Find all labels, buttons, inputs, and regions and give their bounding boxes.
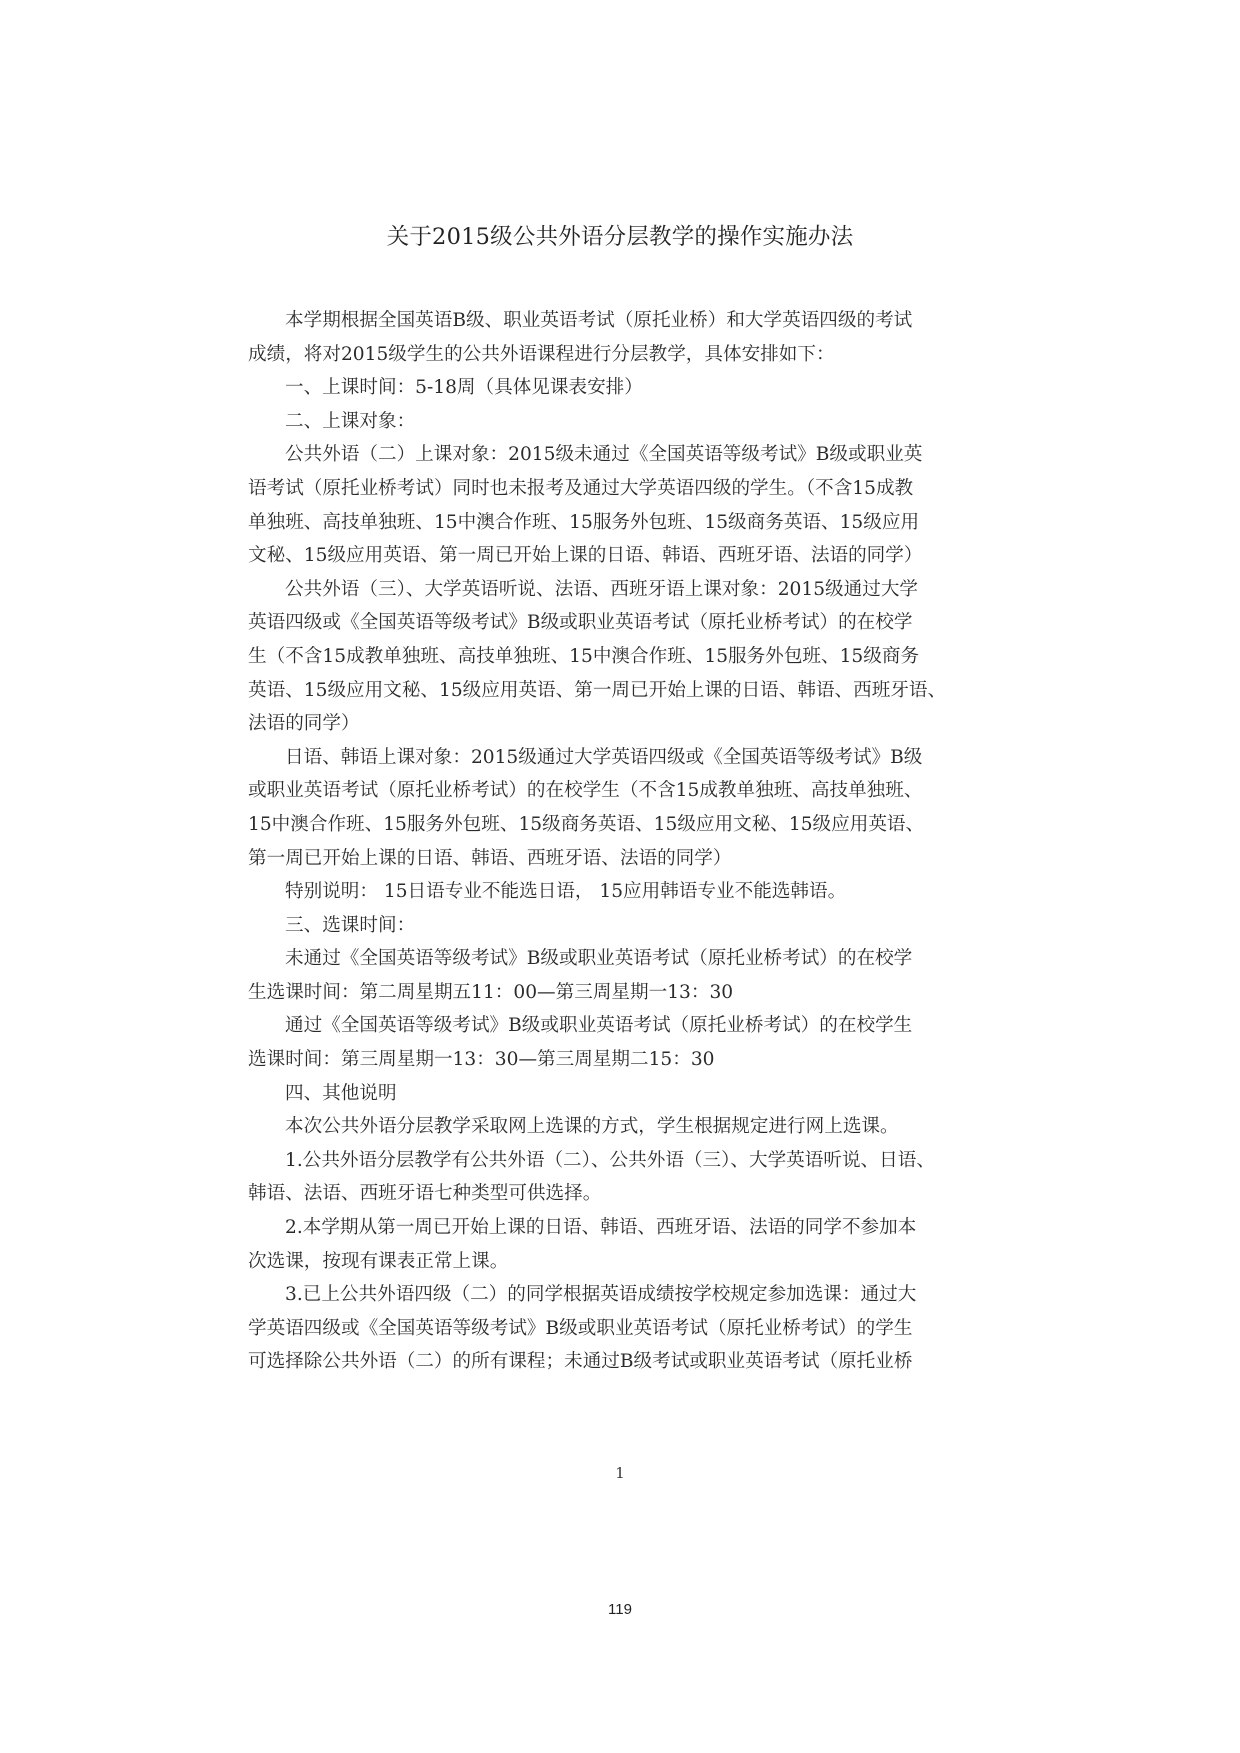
inner-page-number: 1 (0, 1464, 1240, 1482)
text-line: 语考试（原托业桥考试）同时也未报考及通过大学英语四级的学生。（不含15成教 (248, 472, 1014, 506)
text-line: 次选课，按现有课表正常上课。 (248, 1245, 1014, 1279)
text-line: 单独班、高技单独班、15中澳合作班、15服务外包班、15级商务英语、15级应用 (248, 506, 1014, 540)
text-line: 未通过《全国英语等级考试》B级或职业英语考试（原托业桥考试）的在校学 (248, 942, 1014, 976)
outer-page-number: 119 (0, 1601, 1240, 1618)
document-title: 关于2015级公共外语分层教学的操作实施办法 (0, 222, 1240, 252)
text-line: 生选课时间：第二周星期五11：00—第三周星期一13：30 (248, 976, 1014, 1010)
list-item-2: 2.本学期从第一周已开始上课的日语、韩语、西班牙语、法语的同学不参加本 (248, 1211, 1014, 1245)
text-line: 可选择除公共外语（二）的所有课程；未通过B级考试或职业英语考试（原托业桥 (248, 1345, 1014, 1379)
document-body: 本学期根据全国英语B级、职业英语考试（原托业桥）和大学英语四级的考试 成绩，将对… (248, 304, 1014, 1379)
text-line: 日语、韩语上课对象：2015级通过大学英语四级或《全国英语等级考试》B级 (248, 741, 1014, 775)
section-heading-schedule: 一、上课时间：5-18周（具体见课表安排） (248, 371, 1014, 405)
text-line: 韩语、法语、西班牙语七种类型可供选择。 (248, 1177, 1014, 1211)
text-line: 15中澳合作班、15服务外包班、15级商务英语、15级应用文秘、15级应用英语、 (248, 808, 1014, 842)
text-line: 第一周已开始上课的日语、韩语、西班牙语、法语的同学） (248, 842, 1014, 876)
text-line: 公共外语（二）上课对象：2015级未通过《全国英语等级考试》B级或职业英 (248, 438, 1014, 472)
section-heading-selection-time: 三、选课时间： (248, 909, 1014, 943)
text-line: 成绩，将对2015级学生的公共外语课程进行分层教学，具体安排如下： (248, 338, 1014, 372)
section-heading-targets: 二、上课对象： (248, 405, 1014, 439)
list-item-1: 1.公共外语分层教学有公共外语（二）、公共外语（三）、大学英语听说、日语、 (248, 1144, 1014, 1178)
section-heading-other-notes: 四、其他说明 (248, 1077, 1014, 1111)
text-line: 或职业英语考试（原托业桥考试）的在校学生（不含15成教单独班、高技单独班、 (248, 774, 1014, 808)
text-line: 英语四级或《全国英语等级考试》B级或职业英语考试（原托业桥考试）的在校学 (248, 606, 1014, 640)
document-page: 关于2015级公共外语分层教学的操作实施办法 本学期根据全国英语B级、职业英语考… (0, 0, 1240, 1753)
text-line: 通过《全国英语等级考试》B级或职业英语考试（原托业桥考试）的在校学生 (248, 1009, 1014, 1043)
text-line: 本学期根据全国英语B级、职业英语考试（原托业桥）和大学英语四级的考试 (248, 304, 1014, 338)
special-note: 特别说明： 15日语专业不能选日语， 15应用韩语专业不能选韩语。 (248, 875, 1014, 909)
text-line: 选课时间：第三周星期一13：30—第三周星期二15：30 (248, 1043, 1014, 1077)
text-line: 法语的同学） (248, 707, 1014, 741)
text-line: 公共外语（三）、大学英语听说、法语、西班牙语上课对象：2015级通过大学 (248, 573, 1014, 607)
text-line: 英语、15级应用文秘、15级应用英语、第一周已开始上课的日语、韩语、西班牙语、 (248, 674, 1014, 708)
list-item-3: 3.已上公共外语四级（二）的同学根据英语成绩按学校规定参加选课：通过大 (248, 1278, 1014, 1312)
text-line: 学英语四级或《全国英语等级考试》B级或职业英语考试（原托业桥考试）的学生 (248, 1312, 1014, 1346)
text-line: 文秘、15级应用英语、第一周已开始上课的日语、韩语、西班牙语、法语的同学） (248, 539, 1014, 573)
text-line: 本次公共外语分层教学采取网上选课的方式，学生根据规定进行网上选课。 (248, 1110, 1014, 1144)
text-line: 生（不含15成教单独班、高技单独班、15中澳合作班、15服务外包班、15级商务 (248, 640, 1014, 674)
